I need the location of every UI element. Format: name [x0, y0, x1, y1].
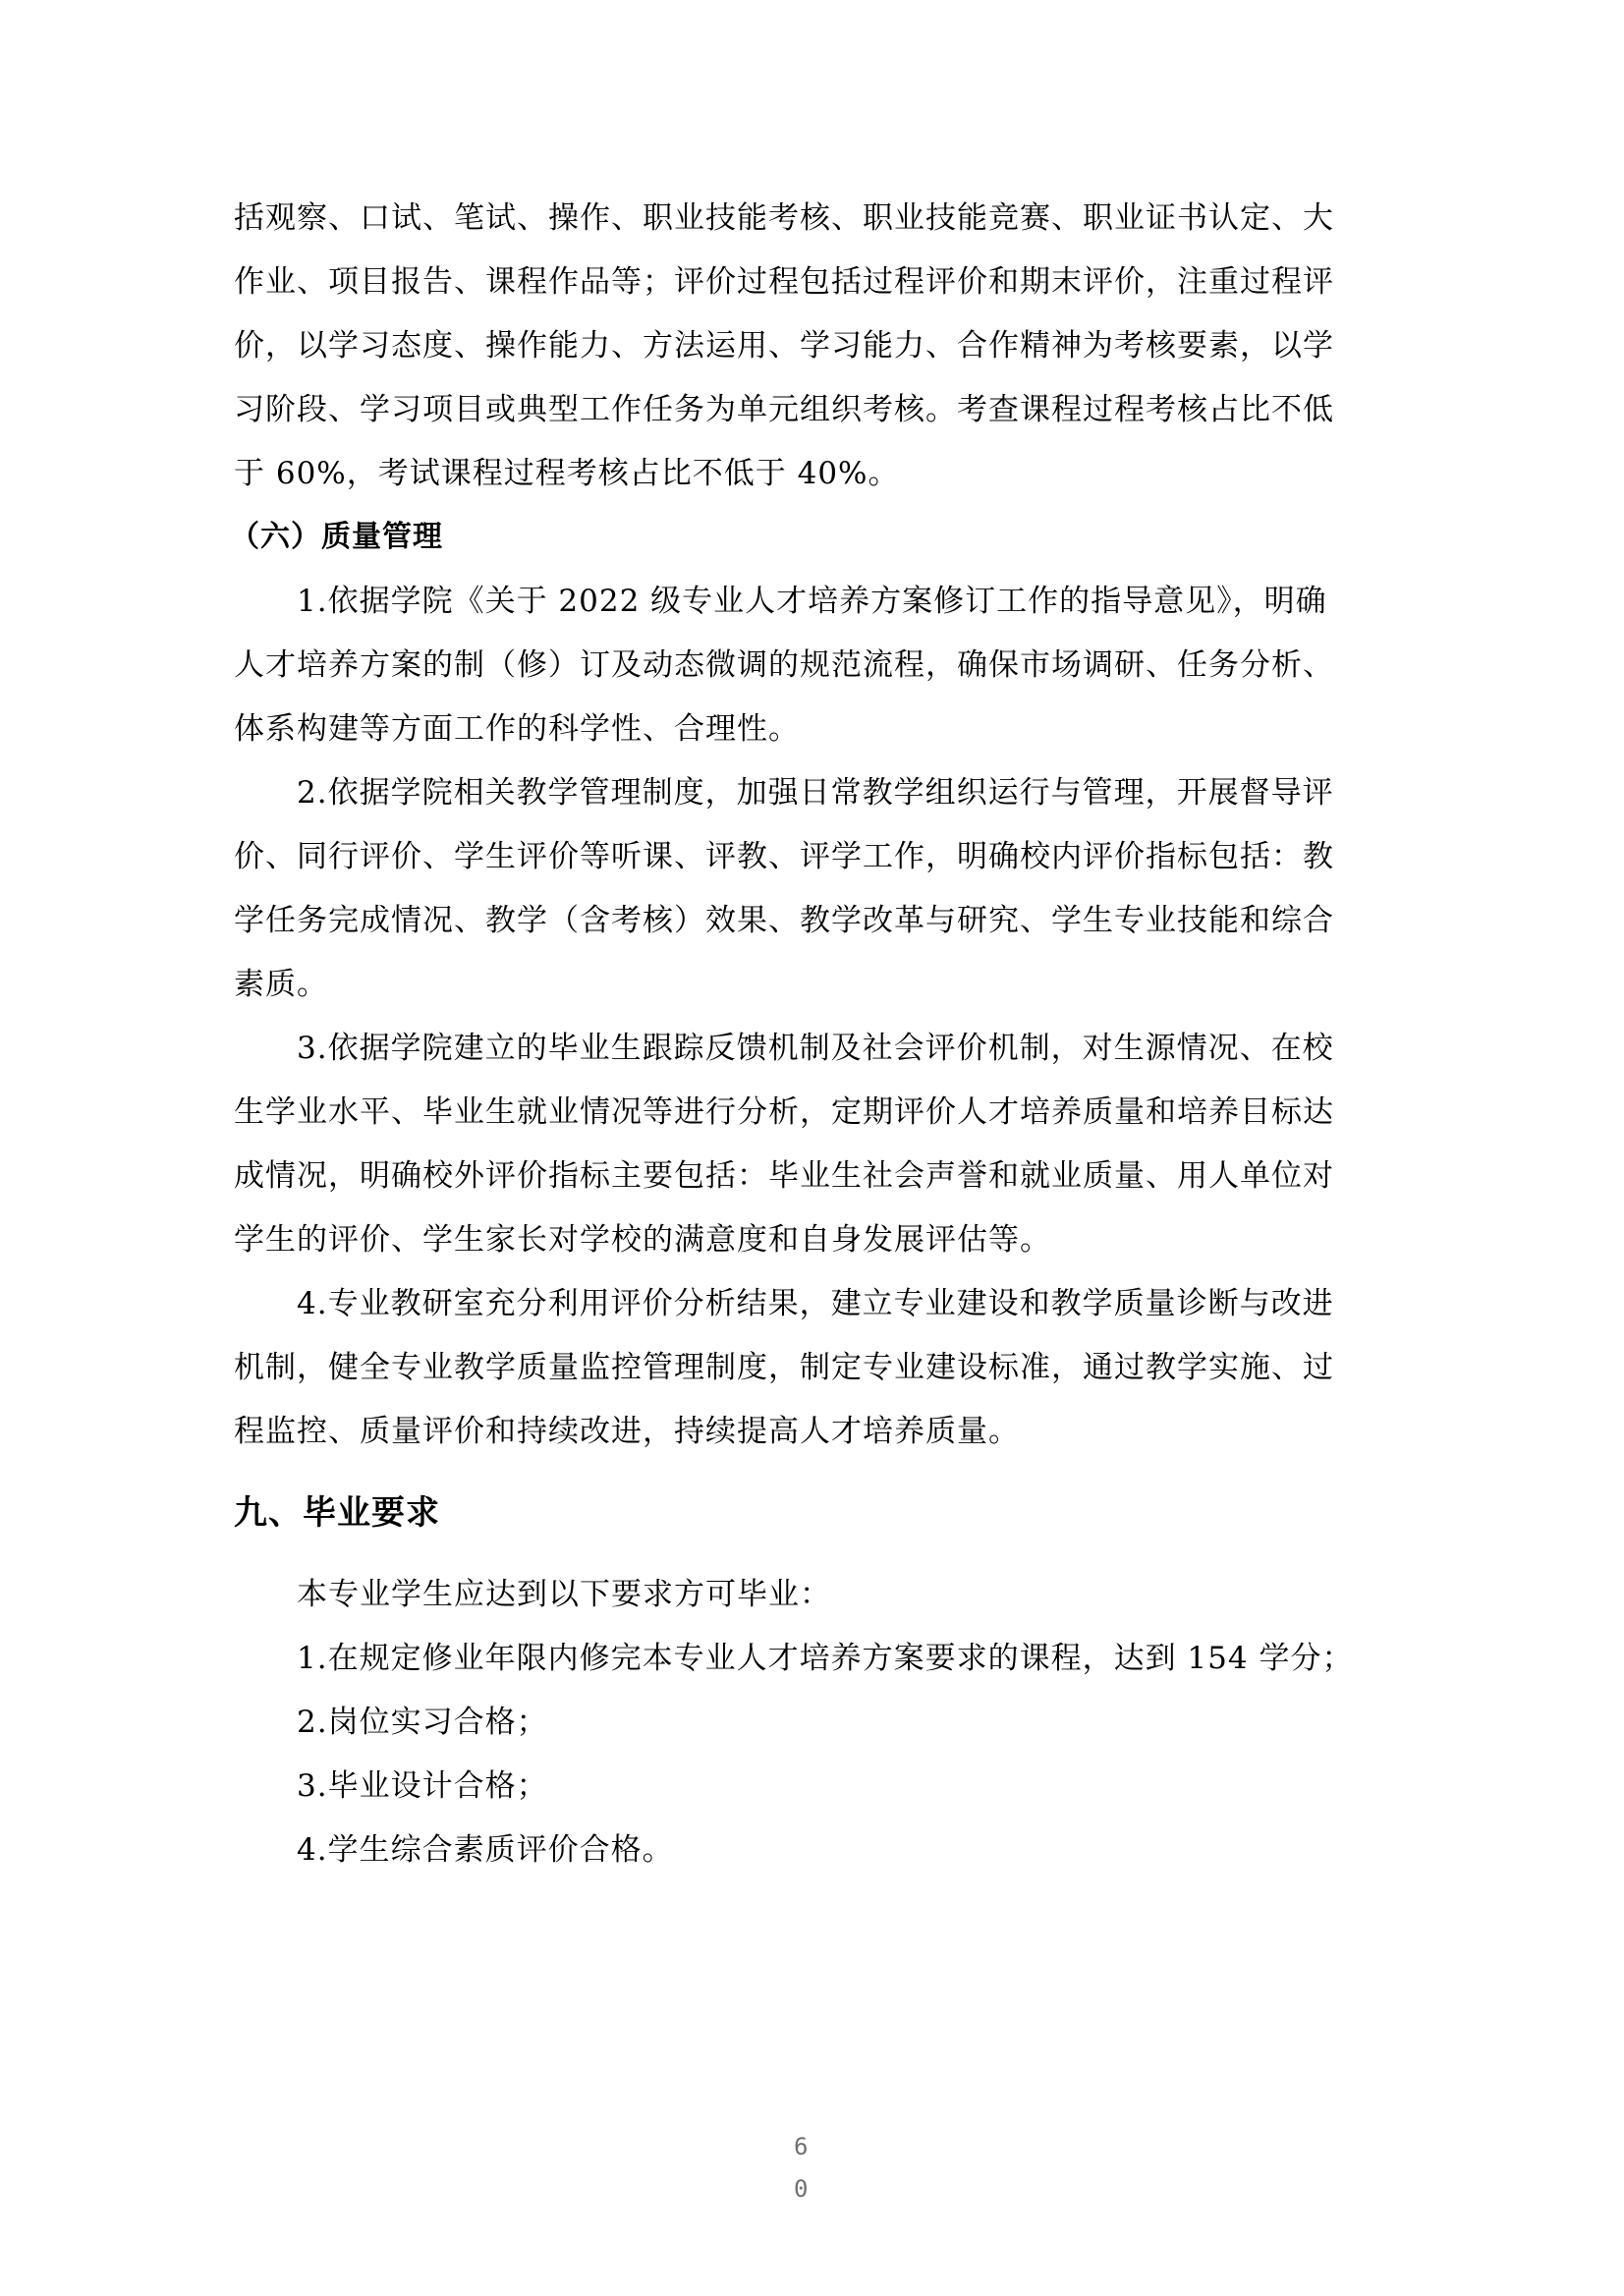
paragraph-line: 体系构建等方面工作的科学性、合理性。 — [234, 709, 800, 749]
requirement-item: 1.在规定修业年限内修完本专业人才培养方案要求的课程，达到 154 学分； — [297, 1639, 1353, 1678]
paragraph-line: 于 60%，考试课程过程考核占比不低于 40%。 — [234, 454, 900, 493]
paragraph-line: 3.依据学院建立的毕业生跟踪反馈机制及社会评价机制，对生源情况、在校 — [297, 1029, 1334, 1068]
paragraph-line: 4.专业教研室充分利用评价分析结果，建立专业建设和教学质量诊断与改进 — [297, 1284, 1334, 1323]
requirement-item: 4.学生综合素质评价合格。 — [297, 1830, 674, 1870]
paragraph-line: 机制，健全专业教学质量监控管理制度，制定专业建设标准，通过教学实施、过 — [234, 1348, 1334, 1387]
paragraph-line: 人才培养方案的制（修）订及动态微调的规范流程，确保市场调研、任务分析、 — [234, 645, 1334, 685]
paragraph-line: 成情况，明确校外评价指标主要包括：毕业生社会声誉和就业质量、用人单位对 — [234, 1156, 1334, 1196]
paragraph-line: 生学业水平、毕业生就业情况等进行分析，定期评价人才培养质量和培养目标达 — [234, 1092, 1334, 1132]
paragraph-line: 1.依据学院《关于 2022 级专业人才培养方案修订工作的指导意见》，明确 — [297, 582, 1327, 621]
requirement-item: 2.岗位实习合格； — [297, 1703, 548, 1742]
paragraph-line: 习阶段、学习项目或典型工作任务为单元组织考核。考查课程过程考核占比不低 — [234, 390, 1334, 429]
paragraph-line: 2.依据学院相关教学管理制度，加强日常教学组织运行与管理，开展督导评 — [297, 773, 1334, 812]
paragraph-line: 括观察、口试、笔试、操作、职业技能考核、职业技能竞赛、职业证书认定、大 — [234, 198, 1334, 238]
paragraph-line: 价、同行评价、学生评价等听课、评教、评学工作，明确校内评价指标包括：教 — [234, 837, 1334, 876]
section-subheading-quality-management: （六）质量管理 — [230, 518, 443, 557]
section-heading-graduation-requirements: 九、毕业要求 — [234, 1491, 440, 1535]
paragraph-line: 学生的评价、学生家长对学校的满意度和自身发展评估等。 — [234, 1220, 1051, 1260]
requirement-item: 3.毕业设计合格； — [297, 1766, 548, 1806]
requirements-intro: 本专业学生应达到以下要求方可毕业： — [297, 1575, 831, 1614]
paragraph-line: 程监控、质量评价和持续改进，持续提高人才培养质量。 — [234, 1412, 1020, 1451]
paragraph-line: 价，以学习态度、操作能力、方法运用、学习能力、合作精神为考核要素，以学 — [234, 326, 1334, 365]
page-number-digit-1: 6 — [794, 2132, 808, 2161]
paragraph-line: 学任务完成情况、教学（含考核）效果、教学改革与研究、学生专业技能和综合 — [234, 901, 1334, 940]
paragraph-line: 作业、项目报告、课程作品等；评价过程包括过程评价和期末评价，注重过程评 — [234, 262, 1334, 302]
paragraph-line: 素质。 — [234, 965, 328, 1004]
page-number-digit-2: 0 — [794, 2174, 808, 2204]
